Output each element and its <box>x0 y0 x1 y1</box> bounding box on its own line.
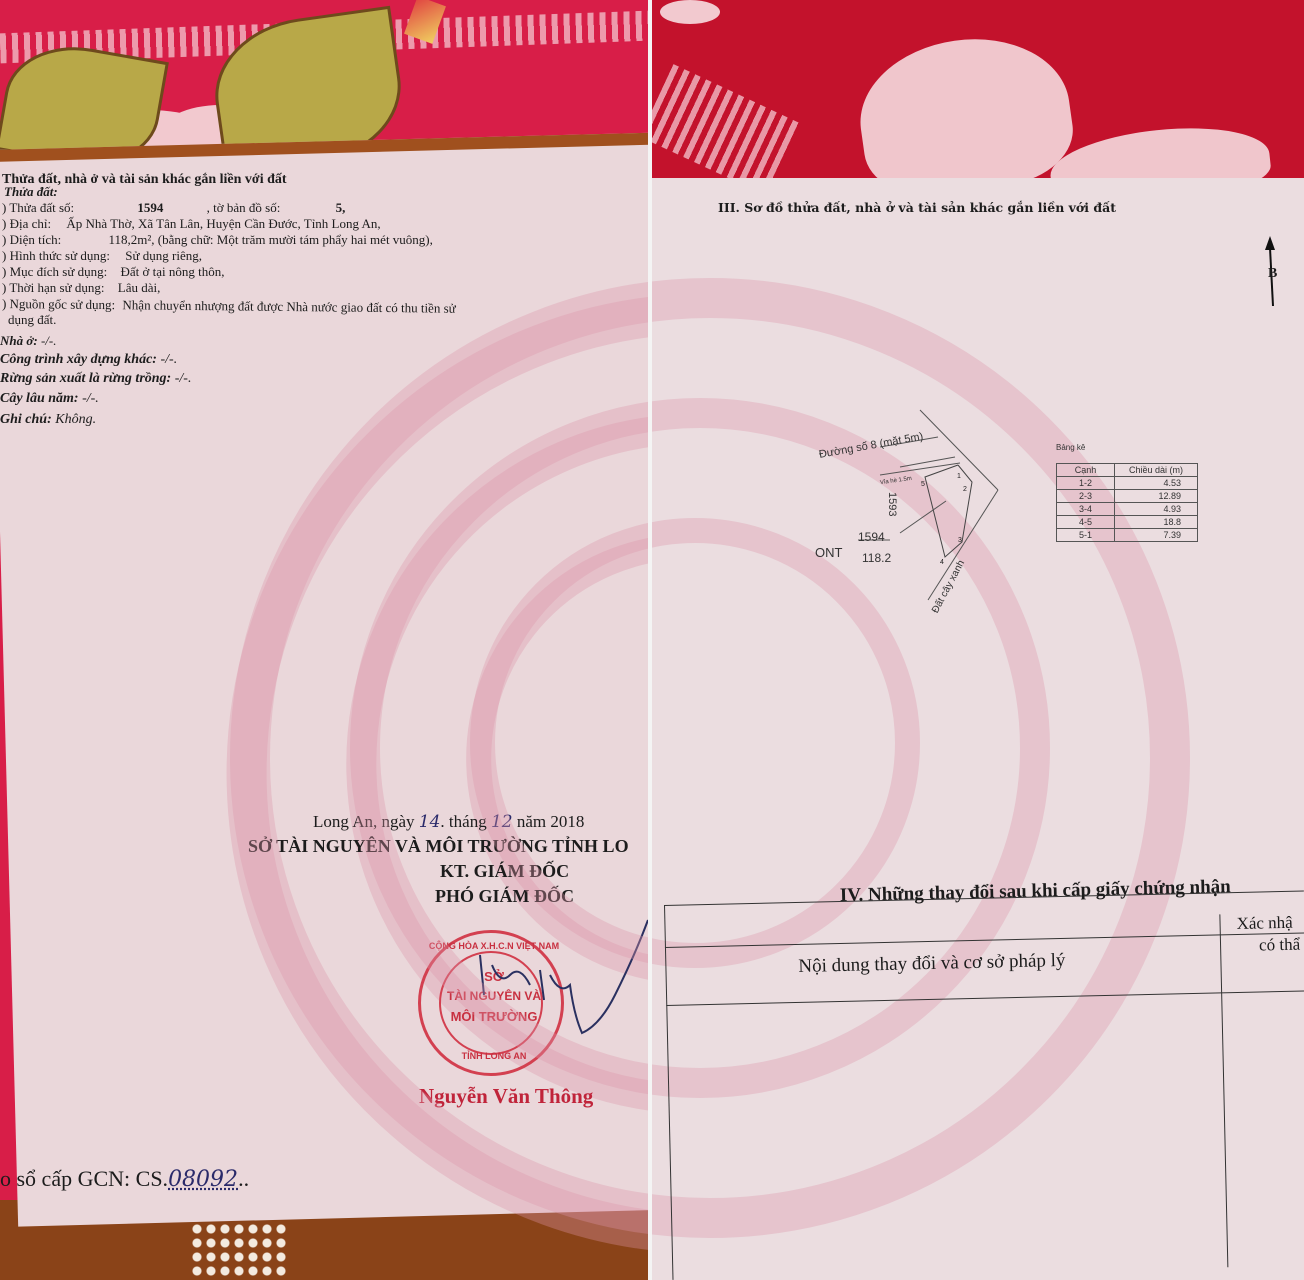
gcn-registry-number: o sổ cấp GCN: CS.08092.. <box>0 1166 249 1192</box>
item-house: Nhà ở: -/-. <box>0 333 56 349</box>
item-notes: Ghi chú: Không. <box>0 412 96 428</box>
land-type-label: ONT <box>815 545 842 560</box>
parcel-number-label: 1594 <box>858 530 885 544</box>
table-border <box>1219 914 1228 1267</box>
bang-ke-row: 5-17.39 <box>1057 529 1198 542</box>
vertex-1: 1 <box>957 473 961 480</box>
parcel-area-label: 118.2 <box>862 551 891 565</box>
table-border <box>666 990 1304 1006</box>
column-confirmation-line2: có thẩ <box>1259 935 1301 956</box>
edge-label: 3-4 <box>1057 503 1115 516</box>
vertex-3: 3 <box>958 537 962 544</box>
edge-length: 12.89 <box>1115 490 1198 503</box>
edge-length: 4.53 <box>1115 477 1198 490</box>
bang-ke-row: 4-518.8 <box>1057 516 1198 529</box>
subsection-land: Thửa đất: <box>4 184 58 200</box>
edge-length: 4.93 <box>1115 503 1198 516</box>
edge-length: 18.8 <box>1115 516 1198 529</box>
section-iii-title: III. Sơ đồ thửa đất, nhà ở và tài sản kh… <box>718 200 1116 215</box>
vertex-4: 4 <box>940 559 944 566</box>
field-usage-origin-cont: dụng đất. <box>8 312 56 328</box>
changes-table: IV. Những thay đổi sau khi cấp giấy chứn… <box>664 890 1304 1279</box>
bang-ke-row: 2-312.89 <box>1057 490 1198 503</box>
bang-ke-table: Cạnh Chiều dài (m) 1-24.532-312.893-44.9… <box>1056 463 1198 542</box>
bang-ke-row: 3-44.93 <box>1057 503 1198 516</box>
vertex-5: 5 <box>921 481 925 488</box>
dotted-pattern <box>190 1222 290 1280</box>
field-address: ) Địa chỉ: Ấp Nhà Thờ, Xã Tân Lân, Huyện… <box>2 216 381 232</box>
field-area: ) Diện tích: 118,2m², (bằng chữ: Một tră… <box>2 232 433 248</box>
item-other-construction: Công trình xây dựng khác: -/-. <box>0 352 177 368</box>
vertex-2: 2 <box>963 486 967 493</box>
field-parcel-number: ) Thửa đất số: 1594 , tờ bản đồ số: 5, <box>2 200 345 216</box>
item-perennial-trees: Cây lâu năm: -/-. <box>0 391 99 407</box>
edge-label: 5-1 <box>1057 529 1115 542</box>
bang-ke-title: Bảng kê <box>1056 443 1085 452</box>
edge-length: 7.39 <box>1115 529 1198 542</box>
column-change-content: Nội dung thay đổi và cơ sở pháp lý <box>798 950 1065 978</box>
fabric-petal <box>660 0 720 24</box>
bang-ke-header-length: Chiều dài (m) <box>1115 464 1198 477</box>
field-usage-purpose: ) Mục đích sử dụng: Đất ở tại nông thôn, <box>2 264 225 280</box>
bang-ke-header-edge: Cạnh <box>1057 464 1115 477</box>
photo-divider <box>648 0 652 1280</box>
column-confirmation-line1: Xác nhậ <box>1236 913 1293 934</box>
field-usage-form: ) Hình thức sử dụng: Sử dụng riêng, <box>2 248 202 264</box>
table-border <box>665 932 1304 948</box>
item-planted-forest: Rừng sản xuất là rừng trồng: -/-. <box>0 371 191 387</box>
field-usage-term: ) Thời hạn sử dụng: Lâu dài, <box>2 280 160 296</box>
north-label: B <box>1268 266 1277 282</box>
edge-label: 4-5 <box>1057 516 1115 529</box>
edge-label: 1-2 <box>1057 477 1115 490</box>
bang-ke-row: 1-24.53 <box>1057 477 1198 490</box>
neighbor-parcel-label: 1593 <box>886 492 898 516</box>
edge-label: 2-3 <box>1057 490 1115 503</box>
fabric-pattern <box>650 64 800 196</box>
